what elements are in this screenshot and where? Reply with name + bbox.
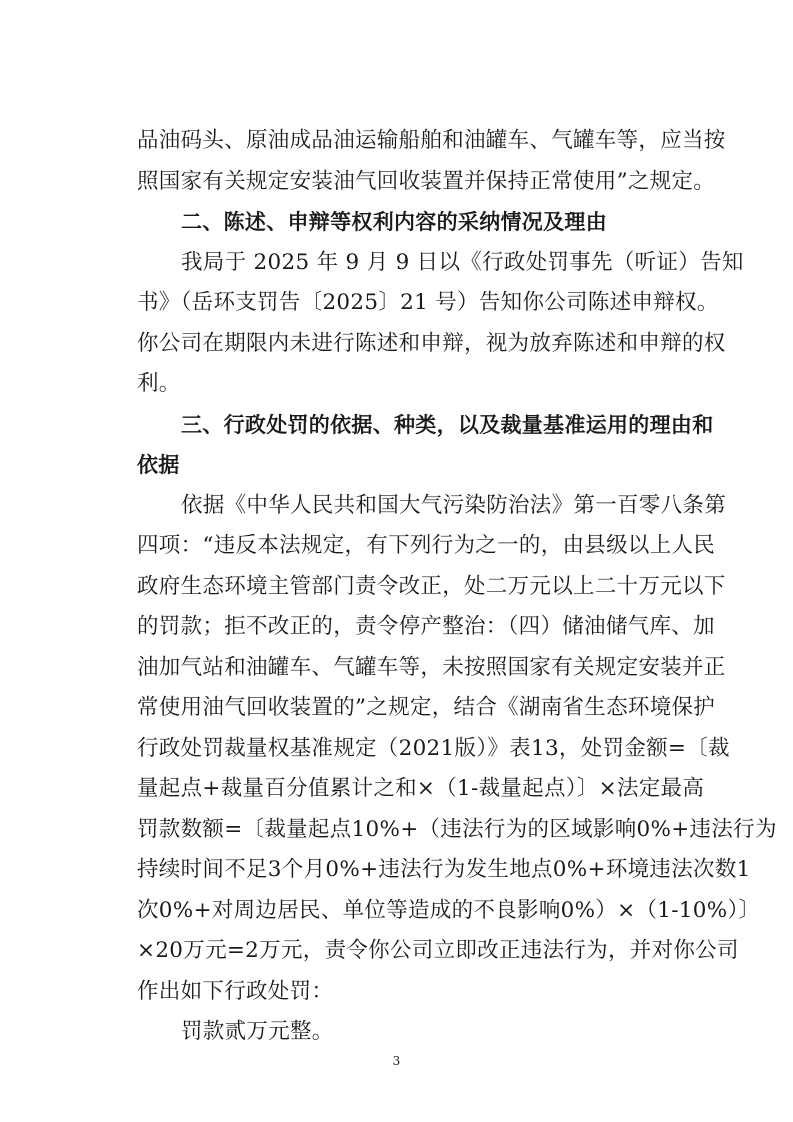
body-line: 照国家有关规定安装油气回收装置并保持正常使用”之规定。 bbox=[137, 162, 665, 202]
section-heading-3-continued: 依据 bbox=[137, 445, 665, 485]
body-line: 持续时间不足3个月0%+违法行为发生地点0%+环境违法次数1 bbox=[137, 850, 665, 890]
body-line: 依据《中华人民共和国大气污染防治法》第一百零八条第 bbox=[181, 486, 665, 526]
body-line: 政府生态环境主管部门责令改正，处二万元以上二十万元以下 bbox=[137, 567, 665, 607]
section-heading-3: 三、行政处罚的依据、种类，以及裁量基准运用的理由和 bbox=[181, 405, 665, 445]
body-line: 四项：“违反本法规定，有下列行为之一的，由县级以上人民 bbox=[137, 526, 665, 566]
body-line: 书》（岳环支罚告〔2025〕21 号）告知你公司陈述申辩权。 bbox=[137, 283, 665, 323]
body-line: 的罚款；拒不改正的，责令停产整治：（四）储油储气库、加 bbox=[137, 607, 665, 647]
page-number: 3 bbox=[0, 1054, 793, 1068]
body-line: 油加气站和油罐车、气罐车等，未按照国家有关规定安装并正 bbox=[137, 648, 665, 688]
body-line: 品油码头、原油成品油运输船舶和油罐车、气罐车等，应当按 bbox=[137, 121, 665, 161]
penalty-amount-line: 罚款贰万元整。 bbox=[181, 1012, 665, 1052]
section-heading-2: 二、陈述、申辩等权利内容的采纳情况及理由 bbox=[181, 202, 665, 242]
body-line: 你公司在期限内未进行陈述和申辩，视为放弃陈述和申辩的权 bbox=[137, 324, 665, 364]
body-line: 作出如下行政处罚： bbox=[137, 972, 665, 1012]
document-page: 品油码头、原油成品油运输船舶和油罐车、气罐车等，应当按 照国家有关规定安装油气回… bbox=[0, 0, 793, 1122]
body-line: 量起点+裁量百分值累计之和×（1-裁量起点）〕×法定最高 bbox=[137, 769, 665, 809]
body-line: 次0%+对周边居民、单位等造成的不良影响0%）×（1-10%）〕 bbox=[137, 891, 665, 931]
body-line: ×20万元=2万元，责令你公司立即改正违法行为，并对你公司 bbox=[137, 931, 665, 971]
body-line: 常使用油气回收装置的”之规定，结合《湖南省生态环境保护 bbox=[137, 688, 665, 728]
body-line: 行政处罚裁量权基准规定（2021版）》表13，处罚金额=〔裁 bbox=[137, 729, 665, 769]
body-line: 我局于 2025 年 9 月 9 日以《行政处罚事先（听证）告知 bbox=[181, 243, 665, 283]
body-line: 利。 bbox=[137, 364, 665, 404]
body-line: 罚款数额=〔裁量起点10%+（违法行为的区域影响0%+违法行为 bbox=[137, 810, 665, 850]
